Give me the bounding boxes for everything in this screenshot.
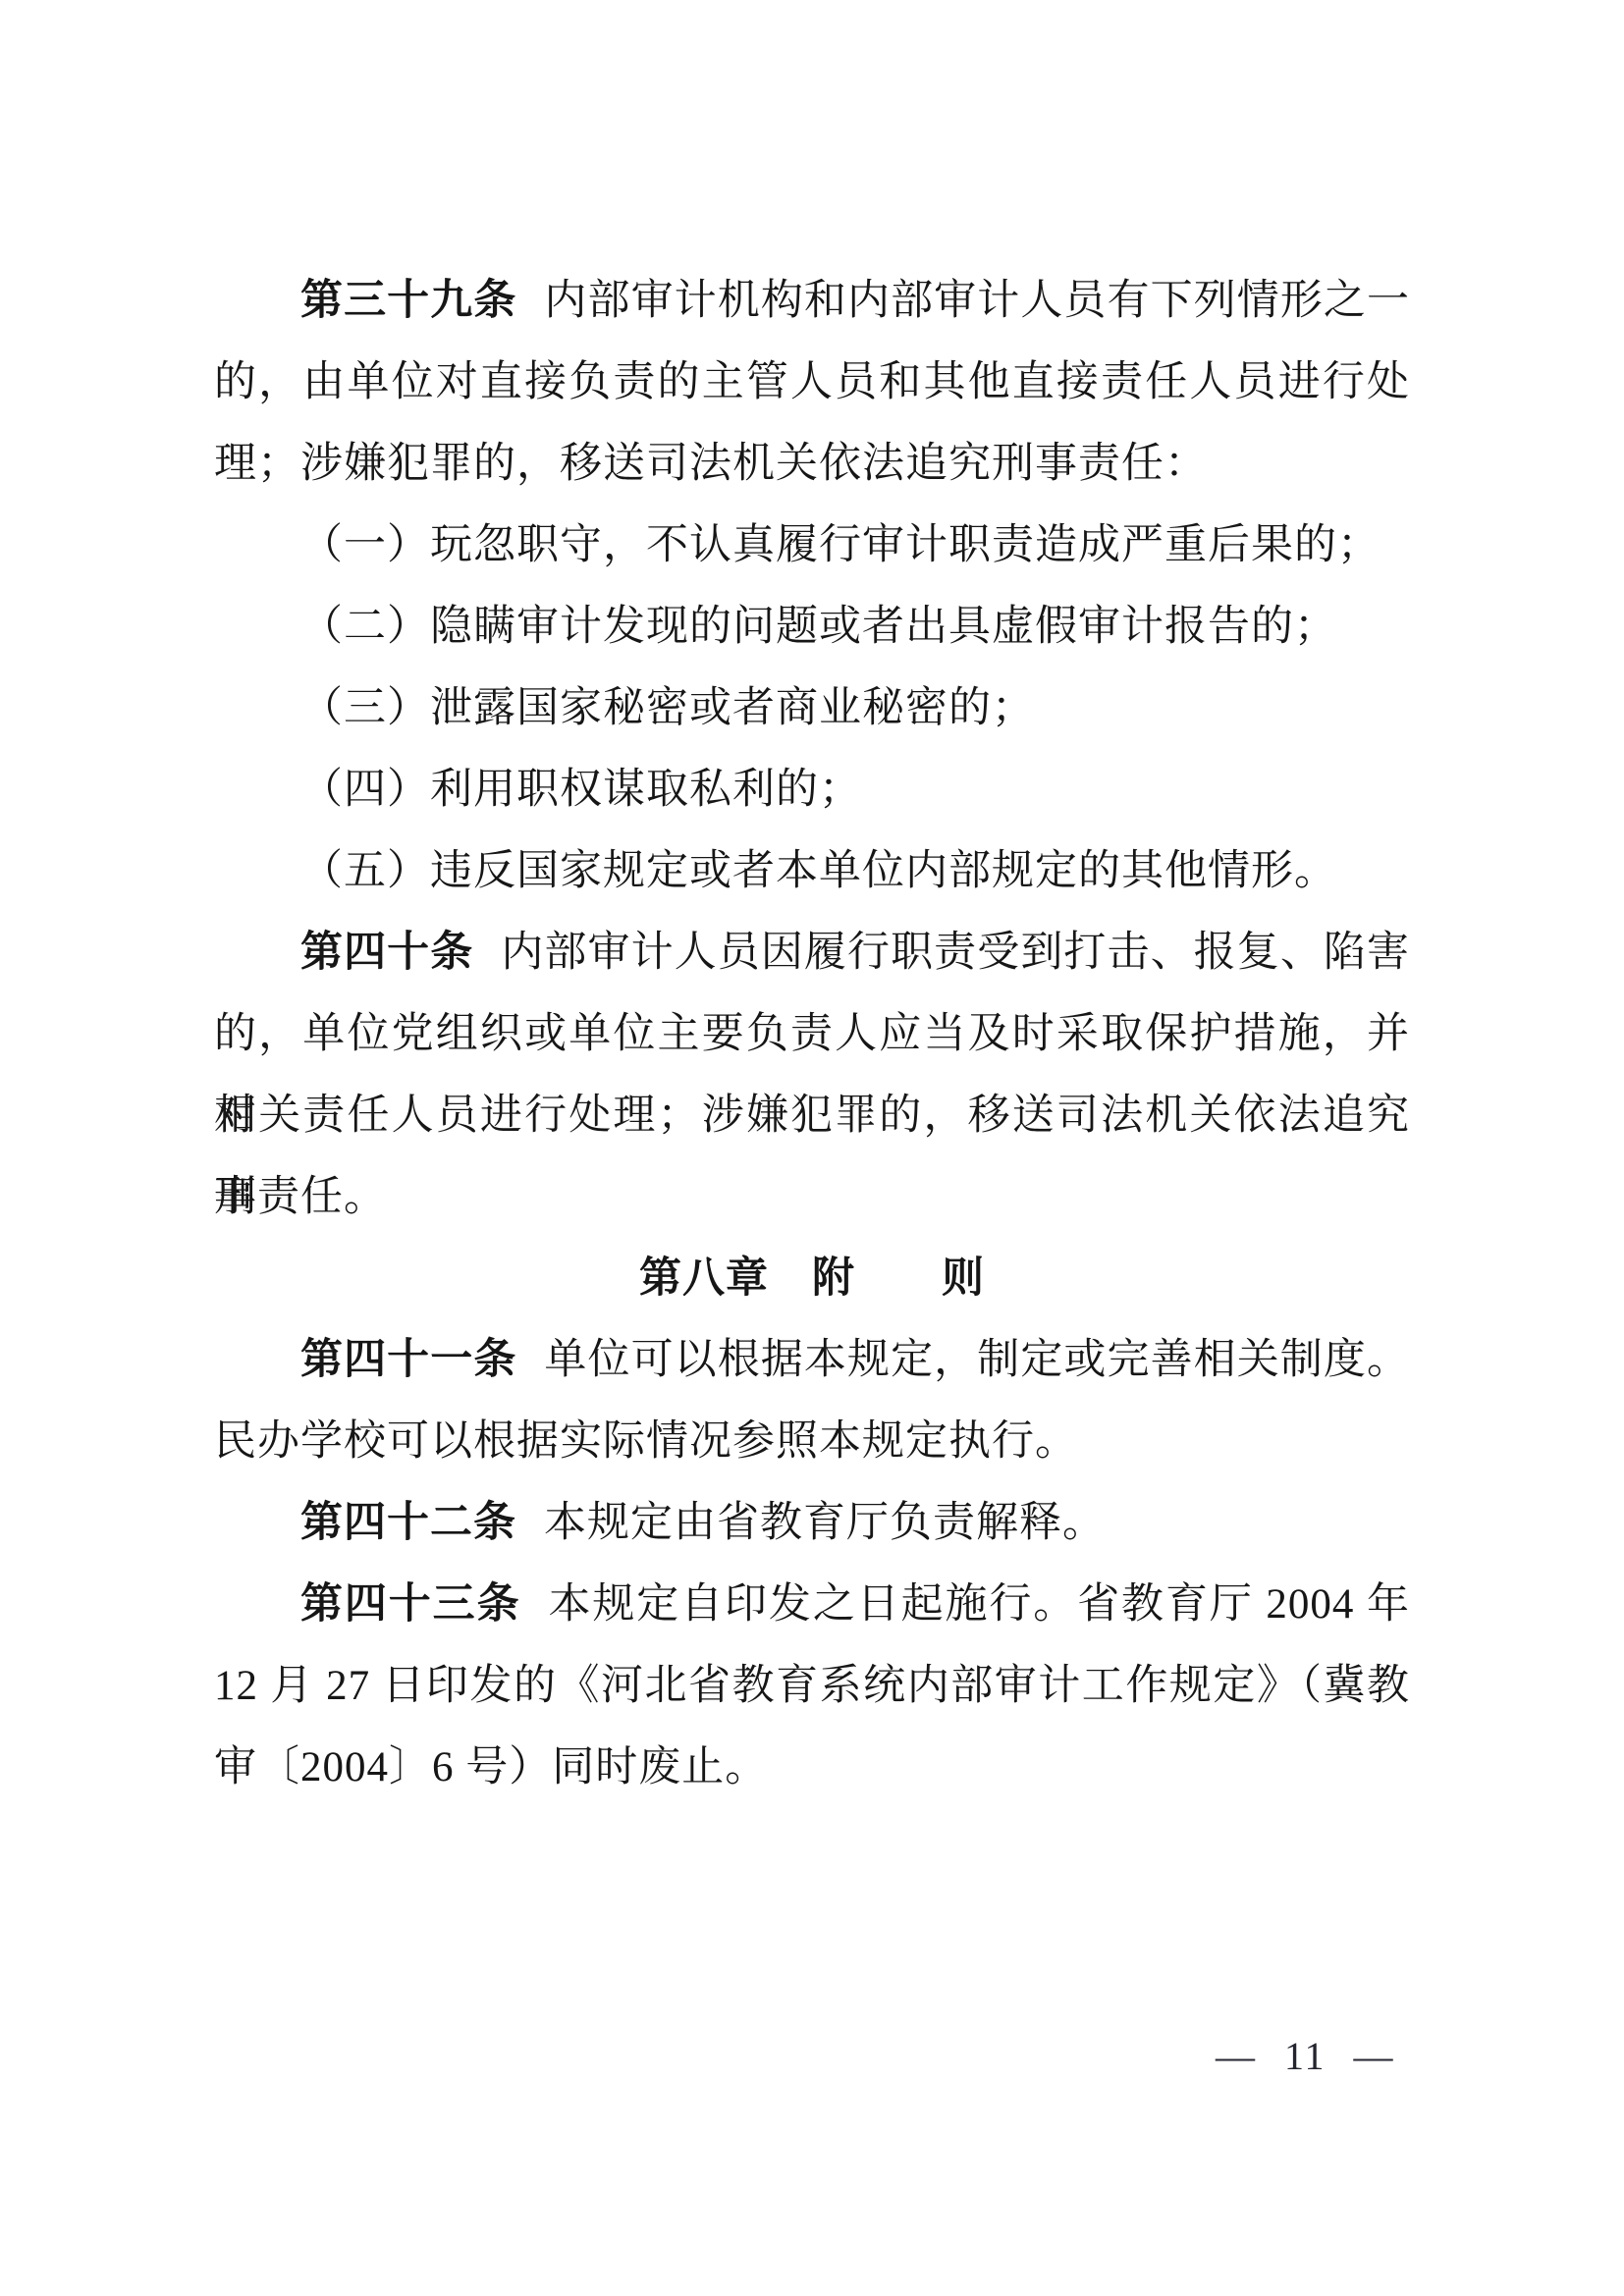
- article-number-label: 则: [942, 1255, 985, 1302]
- text-run: 民办学校可以根据实际情况参照本规定执行。: [214, 1418, 1078, 1465]
- text-run: （四）利用职权谋取私利的；: [300, 767, 862, 813]
- article-39-line-3: 理；涉嫌犯罪的，移送司法机关依法追究刑事责任：: [214, 423, 1410, 505]
- text-run: 的，由单位对直接负责的主管人员和其他直接责任人员进行处: [214, 359, 1410, 405]
- text-run: 单位可以根据本规定，制定或完善相关制度。: [544, 1337, 1410, 1383]
- article-39-line-1: 第三十九条内部审计机构和内部审计人员有下列情形之一: [214, 260, 1410, 342]
- text-run: 内部审计机构和内部审计人员有下列情形之一: [544, 278, 1410, 324]
- text-run: 内部审计人员因履行职责受到打击、报复、陷害: [501, 930, 1410, 976]
- text-run: 12 月 27 日印发的《河北省教育系统内部审计工作规定》（冀教: [214, 1663, 1410, 1709]
- text-run: （五）违反国家规定或者本单位内部规定的其他情形。: [300, 848, 1337, 894]
- article-40-line-3: 相关责任人员进行处理；涉嫌犯罪的，移送司法机关依法追究刑: [214, 1075, 1410, 1156]
- article-41-line-1: 第四十一条单位可以根据本规定，制定或完善相关制度。: [214, 1319, 1410, 1401]
- article-number-label: 第八章: [639, 1255, 769, 1302]
- chapter-8-heading: 第八章附则: [214, 1238, 1410, 1319]
- article-40-line-2: 的，单位党组织或单位主要负责人应当及时采取保护措施，并对: [214, 993, 1410, 1075]
- article-41-line-2: 民办学校可以根据实际情况参照本规定执行。: [214, 1401, 1410, 1482]
- text-run: （三）泄露国家秘密或者商业秘密的；: [300, 685, 1035, 731]
- article-number-label: 第三十九条: [300, 277, 516, 324]
- article-number-label: 第四十条: [300, 929, 473, 976]
- article-39-item-2: （二）隐瞒审计发现的问题或者出具虚假审计报告的；: [214, 586, 1410, 667]
- article-40-line-1: 第四十条内部审计人员因履行职责受到打击、报复、陷害: [214, 912, 1410, 993]
- article-39-item-1: （一）玩忽职守，不认真履行审计职责造成严重后果的；: [214, 505, 1410, 586]
- document-body: 第三十九条内部审计机构和内部审计人员有下列情形之一的，由单位对直接负责的主管人员…: [214, 260, 1410, 1808]
- article-number-label: 第四十二条: [300, 1499, 516, 1546]
- article-39-item-3: （三）泄露国家秘密或者商业秘密的；: [214, 667, 1410, 749]
- article-39-line-2: 的，由单位对直接负责的主管人员和其他直接责任人员进行处: [214, 342, 1410, 423]
- article-39-item-5: （五）违反国家规定或者本单位内部规定的其他情形。: [214, 830, 1410, 912]
- page-number: — 11 —: [1216, 2023, 1395, 2090]
- article-43-line-2: 12 月 27 日印发的《河北省教育系统内部审计工作规定》（冀教: [214, 1645, 1410, 1727]
- text-run: 审〔2004〕6 号）同时废止。: [214, 1744, 768, 1790]
- article-number-label: 第四十一条: [300, 1336, 516, 1383]
- article-40-line-4: 事责任。: [214, 1156, 1410, 1238]
- text-run: （一）玩忽职守，不认真履行审计职责造成严重后果的；: [300, 522, 1380, 568]
- document-page: 第三十九条内部审计机构和内部审计人员有下列情形之一的，由单位对直接负责的主管人员…: [0, 0, 1624, 2296]
- text-run: （二）隐瞒审计发现的问题或者出具虚假审计报告的；: [300, 604, 1337, 650]
- article-39-item-4: （四）利用职权谋取私利的；: [214, 749, 1410, 830]
- article-43-line-1: 第四十三条本规定自印发之日起施行。省教育厅 2004 年: [214, 1564, 1410, 1645]
- text-run: 本规定由省教育厅负责解释。: [544, 1500, 1106, 1546]
- text-run: 事责任。: [214, 1174, 387, 1220]
- text-run: 本规定自印发之日起施行。省教育厅 2004 年: [548, 1581, 1410, 1628]
- article-43-line-3: 审〔2004〕6 号）同时废止。: [214, 1727, 1410, 1808]
- article-number-label: 附: [812, 1255, 855, 1302]
- text-run: 理；涉嫌犯罪的，移送司法机关依法追究刑事责任：: [214, 441, 1208, 487]
- article-number-label: 第四十三条: [300, 1580, 520, 1628]
- article-42-line-1: 第四十二条本规定由省教育厅负责解释。: [214, 1482, 1410, 1564]
